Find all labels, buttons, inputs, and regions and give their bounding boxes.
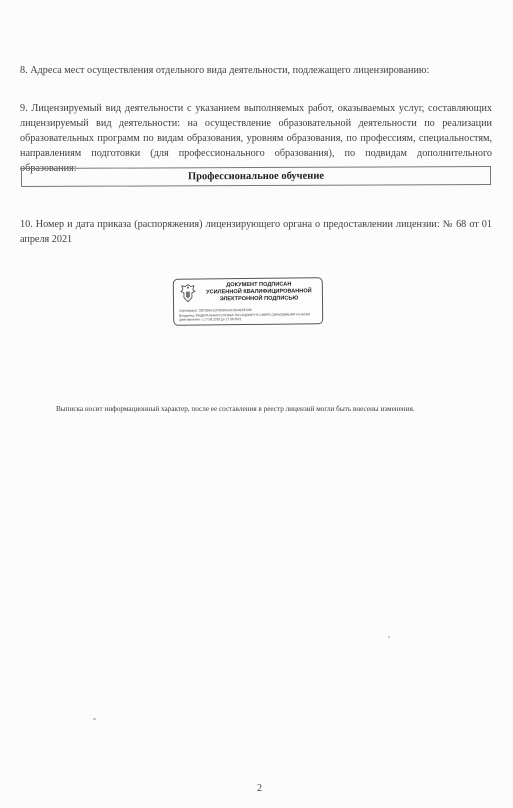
section-10-order-number-date: 10. Номер и дата приказа (распоряжения) …	[20, 217, 492, 247]
document-page: 8. Адреса мест осуществления отдельного …	[0, 0, 513, 808]
electronic-signature-stamp: Документ подписан усиленной квалифициров…	[173, 277, 323, 326]
page-number: 2	[257, 783, 262, 794]
stamp-validity: Действителен: с 17.08.2020 до 17.08.2021	[179, 316, 321, 321]
activity-type-box: Профессиональное обучение	[21, 166, 491, 187]
coat-of-arms-icon	[180, 284, 196, 304]
stamp-title-line-3: электронной подписью	[198, 295, 320, 303]
scan-speck	[93, 718, 96, 720]
scan-speck	[388, 636, 390, 638]
section-9-licensed-activity: 9. Лицензируемый вид деятельности с указ…	[20, 101, 492, 176]
section-8-addresses: 8. Адреса мест осуществления отдельного …	[20, 63, 492, 78]
stamp-title: Документ подписан усиленной квалифициров…	[198, 281, 320, 303]
footer-disclaimer: Выписка носит информационный характер, п…	[56, 404, 466, 414]
